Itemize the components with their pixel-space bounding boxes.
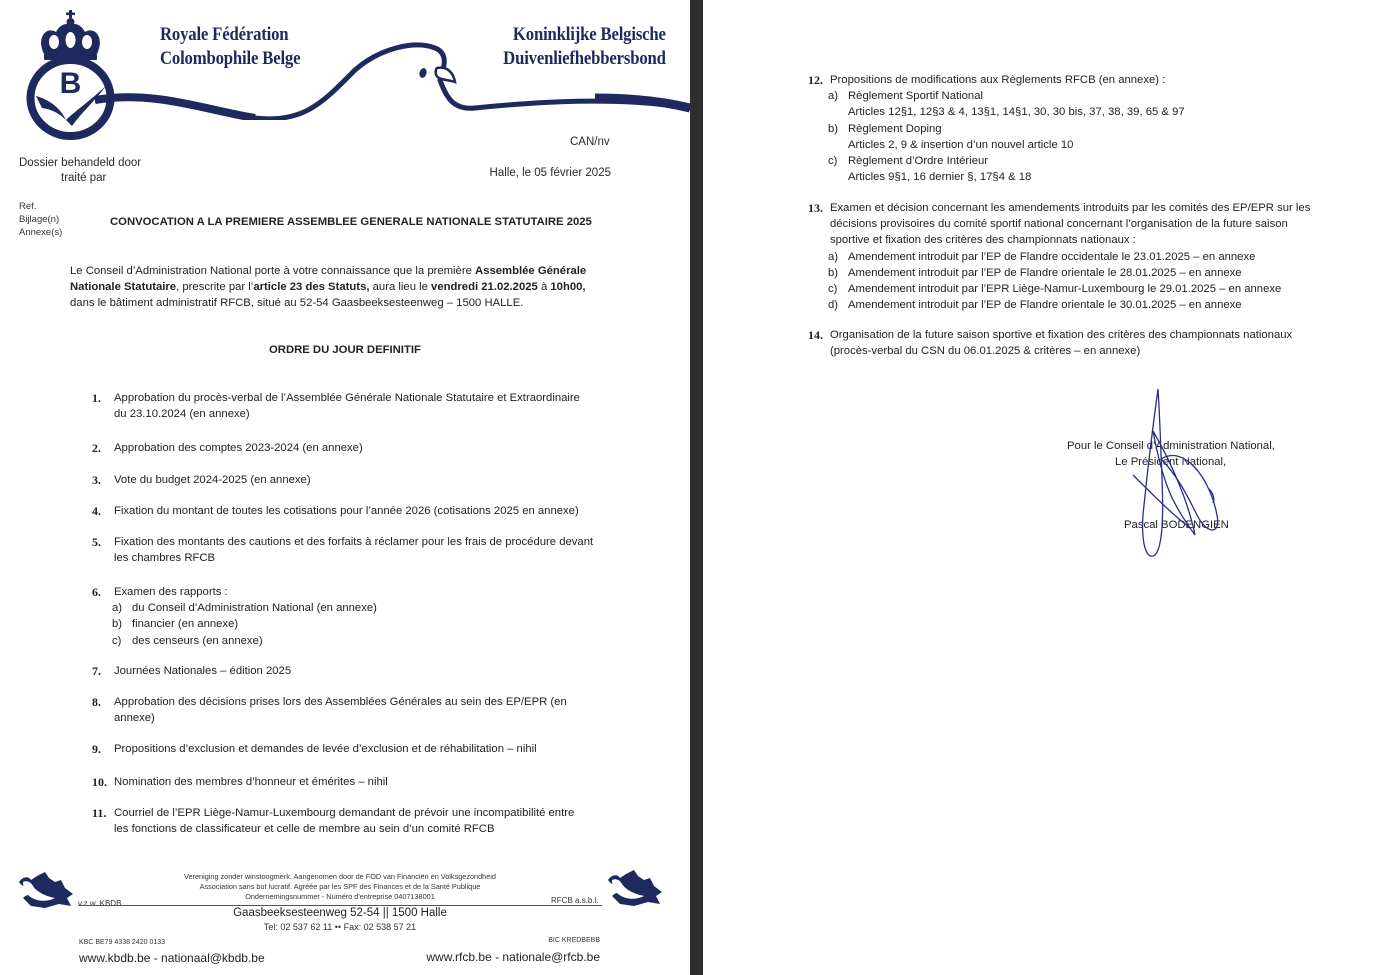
agenda-item-text: Nomination des membres d’honneur et émér… bbox=[114, 774, 612, 790]
agenda-subitem-text: des censeurs (en annexe) bbox=[132, 635, 263, 647]
agenda-subitem: a)Amendement introduit par l’EP de Fland… bbox=[828, 249, 1328, 265]
agenda-item-number: 2. bbox=[92, 440, 101, 456]
agenda-item-text: Courriel de l’EPR Liège-Namur-Luxembourg… bbox=[114, 805, 612, 821]
agenda-subitem-text: Articles 9§1, 16 dernier §, 17§4 & 18 bbox=[848, 171, 1031, 183]
dossier-label-fr: traité par bbox=[61, 172, 106, 184]
agenda-subitem: a)du Conseil d’Administration National (… bbox=[112, 600, 612, 616]
legal-line-1: Vereniging zonder winstoogmerk. Aangenom… bbox=[140, 872, 540, 882]
agenda-item-number: 3. bbox=[92, 472, 101, 488]
logo-letter: B bbox=[60, 67, 82, 100]
agenda-subitem-label: c) bbox=[828, 281, 837, 297]
agenda-subitem-text: financier (en annexe) bbox=[132, 618, 238, 630]
agenda-item-8: 8.Approbation des décisions prises lors … bbox=[92, 694, 612, 726]
agenda-item-text: Propositions d’exclusion et demandes de … bbox=[114, 741, 612, 757]
agenda-item-text: (procès-verbal du CSN du 06.01.2025 & cr… bbox=[830, 343, 1328, 359]
agenda-subitem: b)Règlement Doping bbox=[828, 121, 1328, 137]
agenda-subitem-label: a) bbox=[828, 88, 838, 104]
dove-line-decoration-icon bbox=[95, 40, 690, 120]
agenda-subitem: d)Amendement introduit par l’EP de Fland… bbox=[828, 297, 1328, 313]
agenda-subitem: c)Amendement introduit par l’EPR Liège-N… bbox=[828, 281, 1328, 297]
agenda-subitem-label: d) bbox=[828, 297, 838, 313]
agenda-item-10: 10.Nomination des membres d’honneur et é… bbox=[92, 774, 612, 790]
bijlage-label: Bijlage(n) bbox=[19, 213, 62, 226]
agenda-subitem-text: Règlement Sportif National bbox=[848, 90, 983, 102]
intro-paragraph: Le Conseil d’Administration National por… bbox=[70, 263, 586, 312]
agenda-item-6: 6.Examen des rapports :a)du Conseil d’Ad… bbox=[92, 584, 612, 649]
agenda-item-text: les fonctions de classificateur et celle… bbox=[114, 821, 612, 837]
intro-line-1: Le Conseil d’Administration National por… bbox=[70, 263, 586, 279]
agenda-item-text: décisions provisoires du comité sportif … bbox=[830, 216, 1328, 232]
agenda-item-text: Approbation du procès-verbal de l’Assemb… bbox=[114, 390, 612, 406]
agenda-item-number: 9. bbox=[92, 741, 101, 757]
agenda-item-text: annexe) bbox=[114, 710, 612, 726]
agenda-subitem-text: Articles 12§1, 12§3 & 4, 13§1, 14§1, 30,… bbox=[848, 106, 1185, 118]
agenda-subitem-label: b) bbox=[828, 121, 838, 137]
footer-rule bbox=[78, 905, 602, 906]
place-date: Halle, le 05 février 2025 bbox=[490, 167, 611, 179]
agenda-item-3: 3.Vote du budget 2024-2025 (en annexe) bbox=[92, 472, 612, 488]
agenda-item-9: 9.Propositions d’exclusion et demandes d… bbox=[92, 741, 612, 757]
agenda-title: ORDRE DU JOUR DEFINITIF bbox=[269, 344, 421, 356]
footer-bank: KBC BE79 4338 2420 0133 bbox=[79, 938, 165, 948]
agenda-item-number: 12. bbox=[808, 72, 823, 88]
agenda-subitem-label: b) bbox=[112, 616, 122, 632]
page-divider bbox=[690, 0, 703, 975]
agenda-subitem-text: Règlement d’Ordre Intérieur bbox=[848, 155, 988, 167]
reference-code: CAN/nv bbox=[570, 136, 610, 148]
letter-page-2: 12.Propositions de modifications aux Règ… bbox=[703, 0, 1399, 975]
footer-left-label: v.z.w. KBDB bbox=[78, 897, 121, 910]
agenda-item-text: Propositions de modifications aux Règlem… bbox=[830, 72, 1328, 88]
agenda-subitem-text: Amendement introduit par l’EPR Liège-Nam… bbox=[848, 283, 1281, 295]
agenda-item-4: 4.Fixation du montant de toutes les coti… bbox=[92, 503, 612, 519]
agenda-item-7: 7.Journées Nationales – édition 2025 bbox=[92, 663, 612, 679]
handwritten-signature-icon bbox=[1113, 385, 1233, 565]
footer-web-left[interactable]: www.kbdb.be - nationaal@kbdb.be bbox=[79, 951, 265, 965]
agenda-item-number: 5. bbox=[92, 534, 101, 550]
agenda-subitem-text: Amendement introduit par l’EP de Flandre… bbox=[848, 267, 1242, 279]
agenda-item-11: 11.Courriel de l’EPR Liège-Namur-Luxembo… bbox=[92, 805, 612, 837]
footer-right-label: RFCB a.s.b.l. bbox=[551, 894, 599, 907]
agenda-item-5: 5.Fixation des montants des cautions et … bbox=[92, 534, 612, 566]
agenda-item-text: les chambres RFCB bbox=[114, 550, 612, 566]
agenda-subitem: Articles 2, 9 & insertion d’un nouvel ar… bbox=[828, 137, 1328, 153]
agenda-subitem: c)Règlement d’Ordre Intérieur bbox=[828, 153, 1328, 169]
agenda-subitem: a)Règlement Sportif National bbox=[828, 88, 1328, 104]
agenda-item-13: 13.Examen et décision concernant les ame… bbox=[808, 200, 1328, 313]
footer-bic: BIC KREDBEBB bbox=[548, 936, 600, 946]
intro-line-3: dans le bâtiment administratif RFCB, sit… bbox=[70, 295, 586, 311]
dossier-label-nl: Dossier behandeld door bbox=[19, 157, 141, 169]
dove-footer-left-icon bbox=[15, 868, 75, 914]
agenda-item-text: Approbation des comptes 2023-2024 (en an… bbox=[114, 440, 612, 456]
agenda-subitem-text: Amendement introduit par l’EP de Flandre… bbox=[848, 299, 1242, 311]
agenda-item-text: sportive et fixation des critères des ch… bbox=[830, 232, 1328, 248]
letter-page-1: B Royale Fédération Colombophile Belge K… bbox=[0, 0, 690, 975]
agenda-item-text: Examen des rapports : bbox=[114, 584, 612, 600]
agenda-subitem: Articles 9§1, 16 dernier §, 17§4 & 18 bbox=[828, 169, 1328, 185]
agenda-subitem-text: Amendement introduit par l’EP de Flandre… bbox=[848, 251, 1255, 263]
intro-line-2: Nationale Statutaire, prescrite par l’ar… bbox=[70, 279, 586, 295]
agenda-item-number: 11. bbox=[92, 805, 106, 821]
agenda-subitem: Articles 12§1, 12§3 & 4, 13§1, 14§1, 30,… bbox=[828, 104, 1328, 120]
agenda-item-number: 7. bbox=[92, 663, 101, 679]
agenda-subitem-text: Articles 2, 9 & insertion d’un nouvel ar… bbox=[848, 139, 1073, 151]
agenda-item-text: Approbation des décisions prises lors de… bbox=[114, 694, 612, 710]
agenda-item-12: 12.Propositions de modifications aux Règ… bbox=[808, 72, 1328, 185]
agenda-item-text: Journées Nationales – édition 2025 bbox=[114, 663, 612, 679]
agenda-item-text: du 23.10.2024 (en annexe) bbox=[114, 406, 612, 422]
agenda-subitem: c)des censeurs (en annexe) bbox=[112, 633, 612, 649]
agenda-item-text: Examen et décision concernant les amende… bbox=[830, 200, 1328, 216]
agenda-subitem-label: c) bbox=[828, 153, 837, 169]
ref-labels: Ref. Bijlage(n) Annexe(s) bbox=[19, 200, 62, 239]
agenda-subitem: b)Amendement introduit par l’EP de Fland… bbox=[828, 265, 1328, 281]
document-title: CONVOCATION A LA PREMIERE ASSEMBLEE GENE… bbox=[110, 216, 592, 228]
agenda-item-number: 4. bbox=[92, 503, 101, 519]
agenda-item-text: Fixation des montants des cautions et de… bbox=[114, 534, 612, 550]
footer-legal-text: Vereniging zonder winstoogmerk. Aangenom… bbox=[140, 872, 540, 902]
agenda-subitem: b)financier (en annexe) bbox=[112, 616, 612, 632]
agenda-item-number: 1. bbox=[92, 390, 101, 406]
agenda-item-text: Vote du budget 2024-2025 (en annexe) bbox=[114, 472, 612, 488]
agenda-subitem-text: du Conseil d’Administration National (en… bbox=[132, 602, 377, 614]
ref-label: Ref. bbox=[19, 200, 62, 213]
agenda-item-14: 14.Organisation de la future saison spor… bbox=[808, 327, 1328, 359]
agenda-subitem-label: a) bbox=[112, 600, 122, 616]
agenda-item-1: 1.Approbation du procès-verbal de l’Asse… bbox=[92, 390, 612, 422]
footer-web-right[interactable]: www.rfcb.be - nationale@rfcb.be bbox=[426, 950, 600, 964]
agenda-item-2: 2.Approbation des comptes 2023-2024 (en … bbox=[92, 440, 612, 456]
legal-line-3: Ondernemingsnummer - Numéro d'entreprise… bbox=[140, 892, 540, 902]
agenda-subitem-label: c) bbox=[112, 633, 121, 649]
agenda-item-text: Fixation du montant de toutes les cotisa… bbox=[114, 503, 612, 519]
agenda-item-text: Organisation de la future saison sportiv… bbox=[830, 327, 1328, 343]
agenda-item-number: 10. bbox=[92, 774, 107, 790]
agenda-subitem-label: b) bbox=[828, 265, 838, 281]
agenda-item-number: 13. bbox=[808, 200, 823, 216]
agenda-item-number: 6. bbox=[92, 584, 101, 600]
footer-address: Gaasbeeksesteenweg 52-54 || 1500 Halle bbox=[140, 907, 540, 919]
dove-footer-right-icon bbox=[604, 866, 664, 912]
legal-line-2: Association sans but lucratif. Agréée pa… bbox=[140, 882, 540, 892]
agenda-item-number: 14. bbox=[808, 327, 823, 343]
footer-phone: Tel: 02 537 62 11 •• Fax: 02 538 57 21 bbox=[140, 922, 540, 932]
agenda-subitem-label: a) bbox=[828, 249, 838, 265]
annexe-label: Annexe(s) bbox=[19, 226, 62, 239]
agenda-subitem-text: Règlement Doping bbox=[848, 123, 942, 135]
agenda-item-number: 8. bbox=[92, 694, 101, 710]
